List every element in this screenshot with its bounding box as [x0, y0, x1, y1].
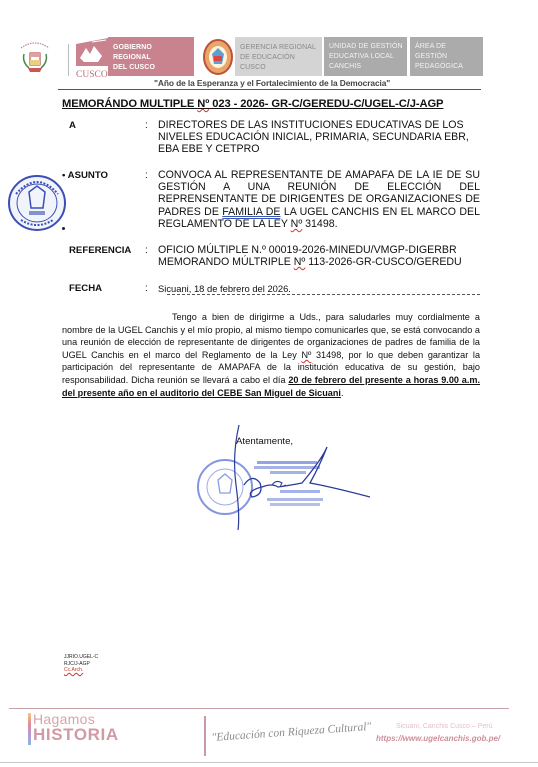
field-label-fecha: FECHA [69, 283, 102, 294]
header-rule [58, 89, 481, 90]
footer-rule [9, 708, 509, 709]
year-motto: "Año de la Esperanza y el Fortalecimient… [154, 78, 390, 88]
page-bottom-edge [0, 762, 538, 763]
field-value-fecha: Sicuani, 18 de febrero del 2026. [158, 283, 291, 294]
field-colon: : [145, 120, 148, 131]
memo-body: Tengo a bien de dirigirme a Uds., para s… [62, 311, 480, 399]
field-colon: : [145, 245, 148, 256]
gerencia-regional-box: GERENCIA REGIONAL DE EDUCACIÓN CUSCO [235, 37, 322, 76]
area-gestion-box: ÁREA DE GESTIÓN PEDAGÓGICA [410, 37, 483, 76]
gobierno-cusco-logo: CUSCO [76, 38, 108, 76]
reference-initials: JJRIO.UGEL-C RJC/J-AGP Cc.Arch. [64, 654, 98, 674]
memo-title: MEMORÁNDO MULTIPLE Nº 023 - 2026- GR-C/G… [62, 98, 443, 110]
dashed-separator [167, 294, 480, 295]
bullet-dot [62, 227, 65, 230]
ugel-round-seal [7, 174, 67, 232]
field-label-asunto: • ASUNTO [62, 170, 108, 181]
brand-historia: HISTORIA [33, 725, 119, 745]
footer-address: Sicuani, Canchis Cusco – Perú [396, 723, 493, 730]
cusco-logo-text: CUSCO [76, 70, 108, 80]
slogan-divider [204, 716, 206, 756]
field-value-referencia: OFICIO MÚLTIPLE N.º 00019-2026-MINEDU/VM… [158, 244, 488, 268]
field-colon: : [145, 170, 148, 181]
footer-slogan: "Educación con Riqueza Cultural" [211, 721, 372, 744]
brand-color-bar [28, 713, 31, 745]
gerencia-emblem-logo [203, 38, 233, 76]
gobierno-regional-box: GOBIERNO REGIONAL DEL CUSCO [108, 37, 194, 76]
signature-stamp [182, 425, 382, 530]
footer-url[interactable]: https://www.ugelcanchis.gob.pe/ [376, 734, 500, 743]
header-divider [68, 44, 69, 76]
field-value-asunto: CONVOCA AL REPRESENTANTE DE AMAPAFA DE L… [158, 169, 480, 230]
ugel-canchis-box: UNIDAD DE GESTIÓN EDUCATIVA LOCAL CANCHI… [324, 37, 407, 76]
field-label-a: A [69, 120, 76, 131]
peru-coat-of-arms-logo [18, 40, 52, 76]
field-colon: : [145, 283, 148, 294]
field-value-a: DIRECTORES DE LAS INSTITUCIONES EDUCATIV… [158, 119, 480, 156]
field-label-referencia: REFERENCIA [69, 245, 131, 256]
